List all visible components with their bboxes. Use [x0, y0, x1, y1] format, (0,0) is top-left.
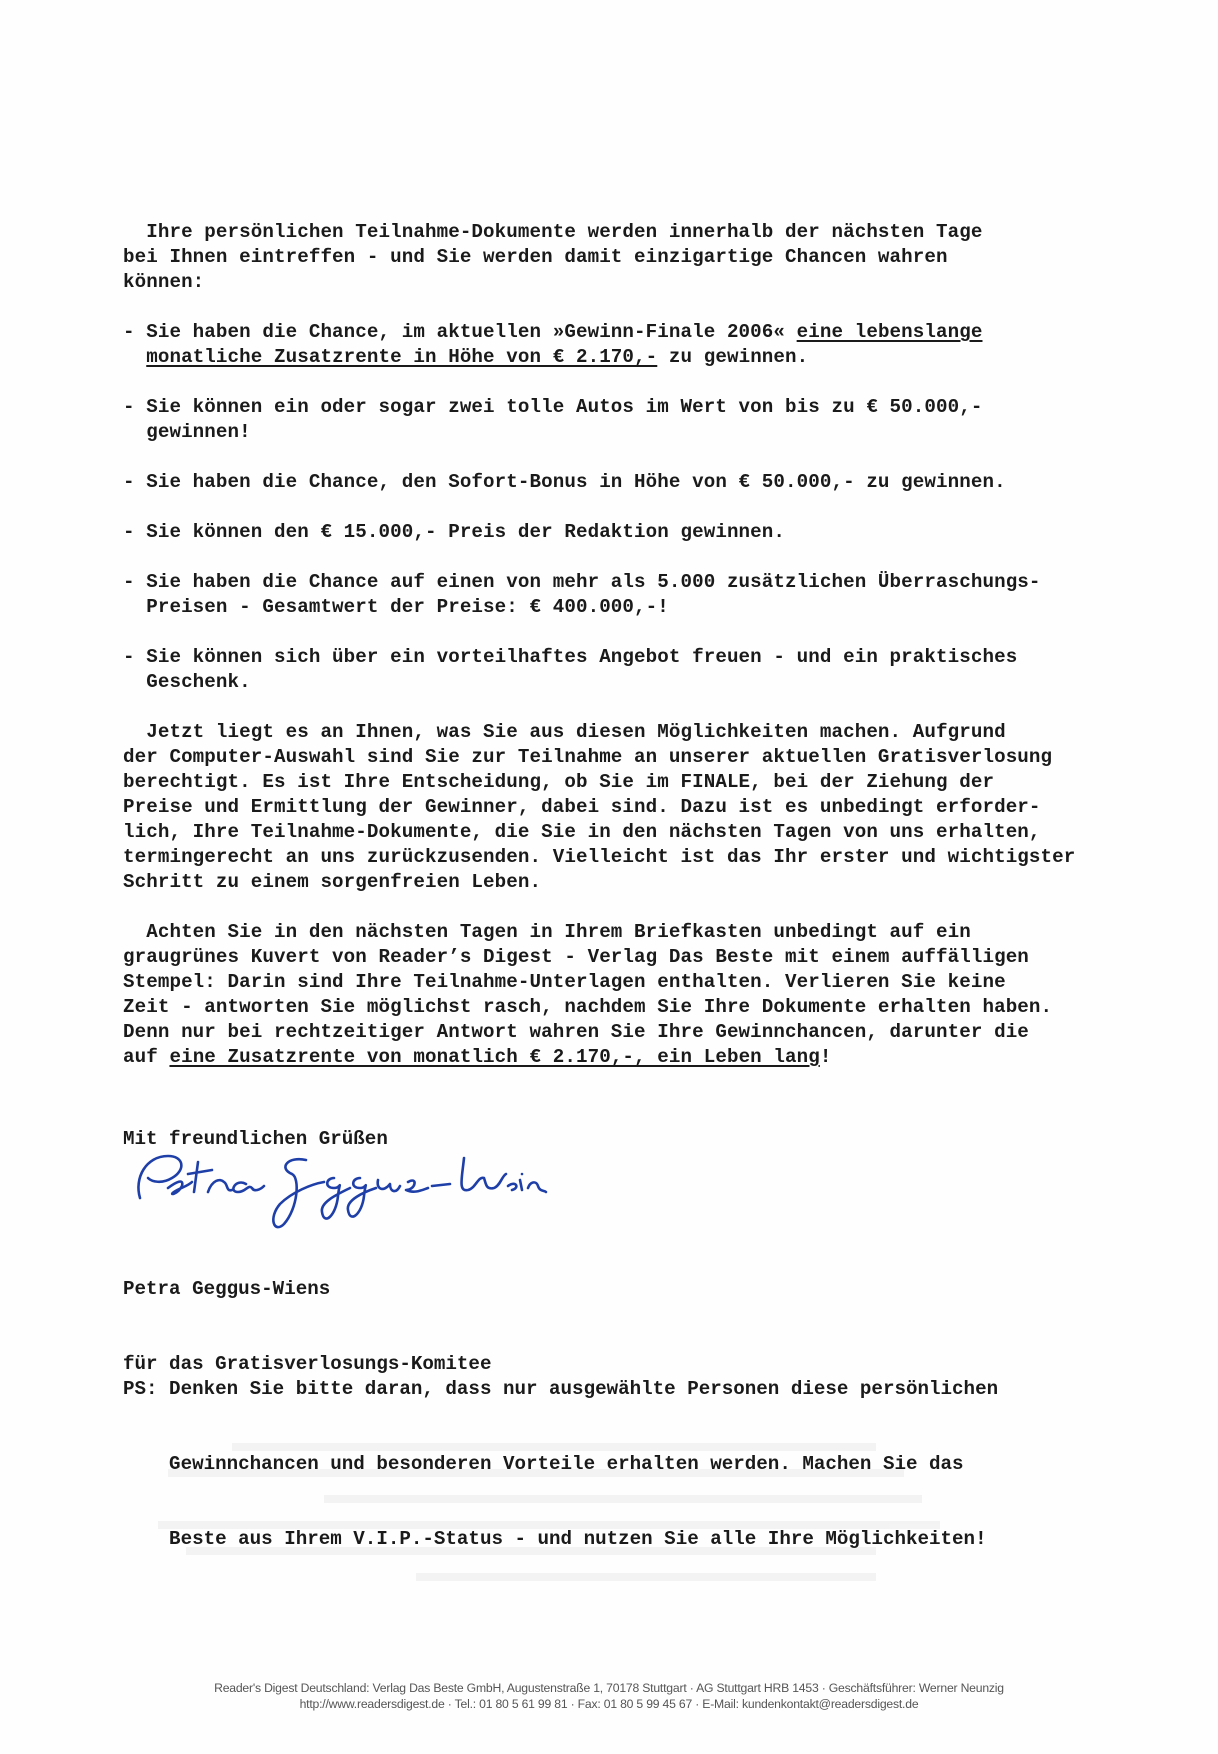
- signer-name: Petra Geggus-Wiens: [123, 1277, 491, 1302]
- letter-body: Ihre persönlichen Teilnahme-Dokumente we…: [123, 220, 1123, 1070]
- prize-line: Geschenk.: [123, 670, 1123, 695]
- signature-icon: [128, 1148, 548, 1230]
- prize-line: gewinnen!: [123, 420, 1123, 445]
- text-prefix: Preisen - Gesamtwert der Preise: € 400.0…: [123, 596, 669, 618]
- paragraph-line: Preise und Ermittlung der Gewinner, dabe…: [123, 795, 1123, 820]
- paragraph-line: graugrünes Kuvert von Reader’s Digest - …: [123, 945, 1123, 970]
- intro-line: können:: [123, 270, 1123, 295]
- paragraph-line: der Computer-Auswahl sind Sie zur Teilna…: [123, 745, 1123, 770]
- prize-line: - Sie können ein oder sogar zwei tolle A…: [123, 395, 1123, 420]
- text-prefix: [123, 346, 146, 368]
- paragraph-line: Stempel: Darin sind Ihre Teilnahme-Unter…: [123, 970, 1123, 995]
- footer-contact: http://www.readersdigest.de · Tel.: 01 8…: [0, 1696, 1218, 1712]
- paragraph-line: Jetzt liegt es an Ihnen, was Sie aus die…: [123, 720, 1123, 745]
- paragraph-line: termingerecht an uns zurückzusenden. Vie…: [123, 845, 1123, 870]
- prize-line: - Sie können den € 15.000,- Preis der Re…: [123, 520, 1123, 545]
- text-prefix: - Sie können sich über ein vorteilhaftes…: [123, 646, 1017, 668]
- text-prefix: - Sie haben die Chance, im aktuellen »Ge…: [123, 321, 797, 343]
- prize-list: - Sie haben die Chance, im aktuellen »Ge…: [123, 320, 1123, 695]
- prize-line: Preisen - Gesamtwert der Preise: € 400.0…: [123, 595, 1123, 620]
- text-prefix: gewinnen!: [123, 421, 251, 443]
- prize-list-item: - Sie können den € 15.000,- Preis der Re…: [123, 520, 1123, 545]
- text-prefix: - Sie können den € 15.000,- Preis der Re…: [123, 521, 785, 543]
- paragraph-line: berechtigt. Es ist Ihre Entscheidung, ob…: [123, 770, 1123, 795]
- intro-line: bei Ihnen eintreffen - und Sie werden da…: [123, 245, 1123, 270]
- prize-list-item: - Sie haben die Chance, den Sofort-Bonus…: [123, 470, 1123, 495]
- paragraph-line: Schritt zu einem sorgenfreien Leben.: [123, 870, 1123, 895]
- prize-line: - Sie können sich über ein vorteilhaftes…: [123, 645, 1123, 670]
- prize-list-item: - Sie haben die Chance auf einen von meh…: [123, 570, 1123, 620]
- prize-line: monatliche Zusatzrente in Höhe von € 2.1…: [123, 345, 1123, 370]
- paragraph-line: Zeit - antworten Sie möglichst rasch, na…: [123, 995, 1123, 1020]
- text-suffix: !: [820, 1046, 832, 1068]
- company-footer: Reader's Digest Deutschland: Verlag Das …: [0, 1680, 1218, 1712]
- prize-list-item: - Sie können sich über ein vorteilhaftes…: [123, 645, 1123, 695]
- prize-line: - Sie haben die Chance, im aktuellen »Ge…: [123, 320, 1123, 345]
- text-prefix: - Sie haben die Chance, den Sofort-Bonus…: [123, 471, 1006, 493]
- paragraph-line: lich, Ihre Teilnahme-Dokumente, die Sie …: [123, 820, 1123, 845]
- paragraph-mailbox: Achten Sie in den nächsten Tagen in Ihre…: [123, 920, 1123, 1070]
- prize-line: - Sie haben die Chance, den Sofort-Bonus…: [123, 470, 1123, 495]
- paragraph-line: Achten Sie in den nächsten Tagen in Ihre…: [123, 920, 1123, 945]
- intro-line: Ihre persönlichen Teilnahme-Dokumente we…: [123, 220, 1123, 245]
- scan-bleed-through: [140, 1425, 1060, 1655]
- underlined-pension-offer: eine lebenslange: [797, 321, 983, 343]
- paragraph-line: Denn nur bei rechtzeitiger Antwort wahre…: [123, 1020, 1123, 1045]
- text-suffix: zu gewinnen.: [657, 346, 808, 368]
- text-prefix: - Sie haben die Chance auf einen von meh…: [123, 571, 1041, 593]
- prize-line: - Sie haben die Chance auf einen von meh…: [123, 570, 1123, 595]
- paragraph-opportunities: Jetzt liegt es an Ihnen, was Sie aus die…: [123, 720, 1123, 895]
- postscript-line: PS: Denken Sie bitte daran, dass nur aus…: [123, 1377, 998, 1402]
- letter-page: Ihre persönlichen Teilnahme-Dokumente we…: [0, 0, 1218, 1754]
- prize-list-item: - Sie können ein oder sogar zwei tolle A…: [123, 395, 1123, 445]
- prize-list-item: - Sie haben die Chance, im aktuellen »Ge…: [123, 320, 1123, 370]
- underlined-pension-offer: eine Zusatzrente von monatlich € 2.170,-…: [169, 1046, 819, 1068]
- underlined-pension-offer: monatliche Zusatzrente in Höhe von € 2.1…: [146, 346, 657, 368]
- footer-address: Reader's Digest Deutschland: Verlag Das …: [0, 1680, 1218, 1696]
- paragraph-line: auf eine Zusatzrente von monatlich € 2.1…: [123, 1045, 1123, 1070]
- text-prefix: - Sie können ein oder sogar zwei tolle A…: [123, 396, 982, 418]
- text-prefix: Geschenk.: [123, 671, 251, 693]
- intro-paragraph: Ihre persönlichen Teilnahme-Dokumente we…: [123, 220, 1123, 295]
- text-prefix: auf: [123, 1046, 169, 1068]
